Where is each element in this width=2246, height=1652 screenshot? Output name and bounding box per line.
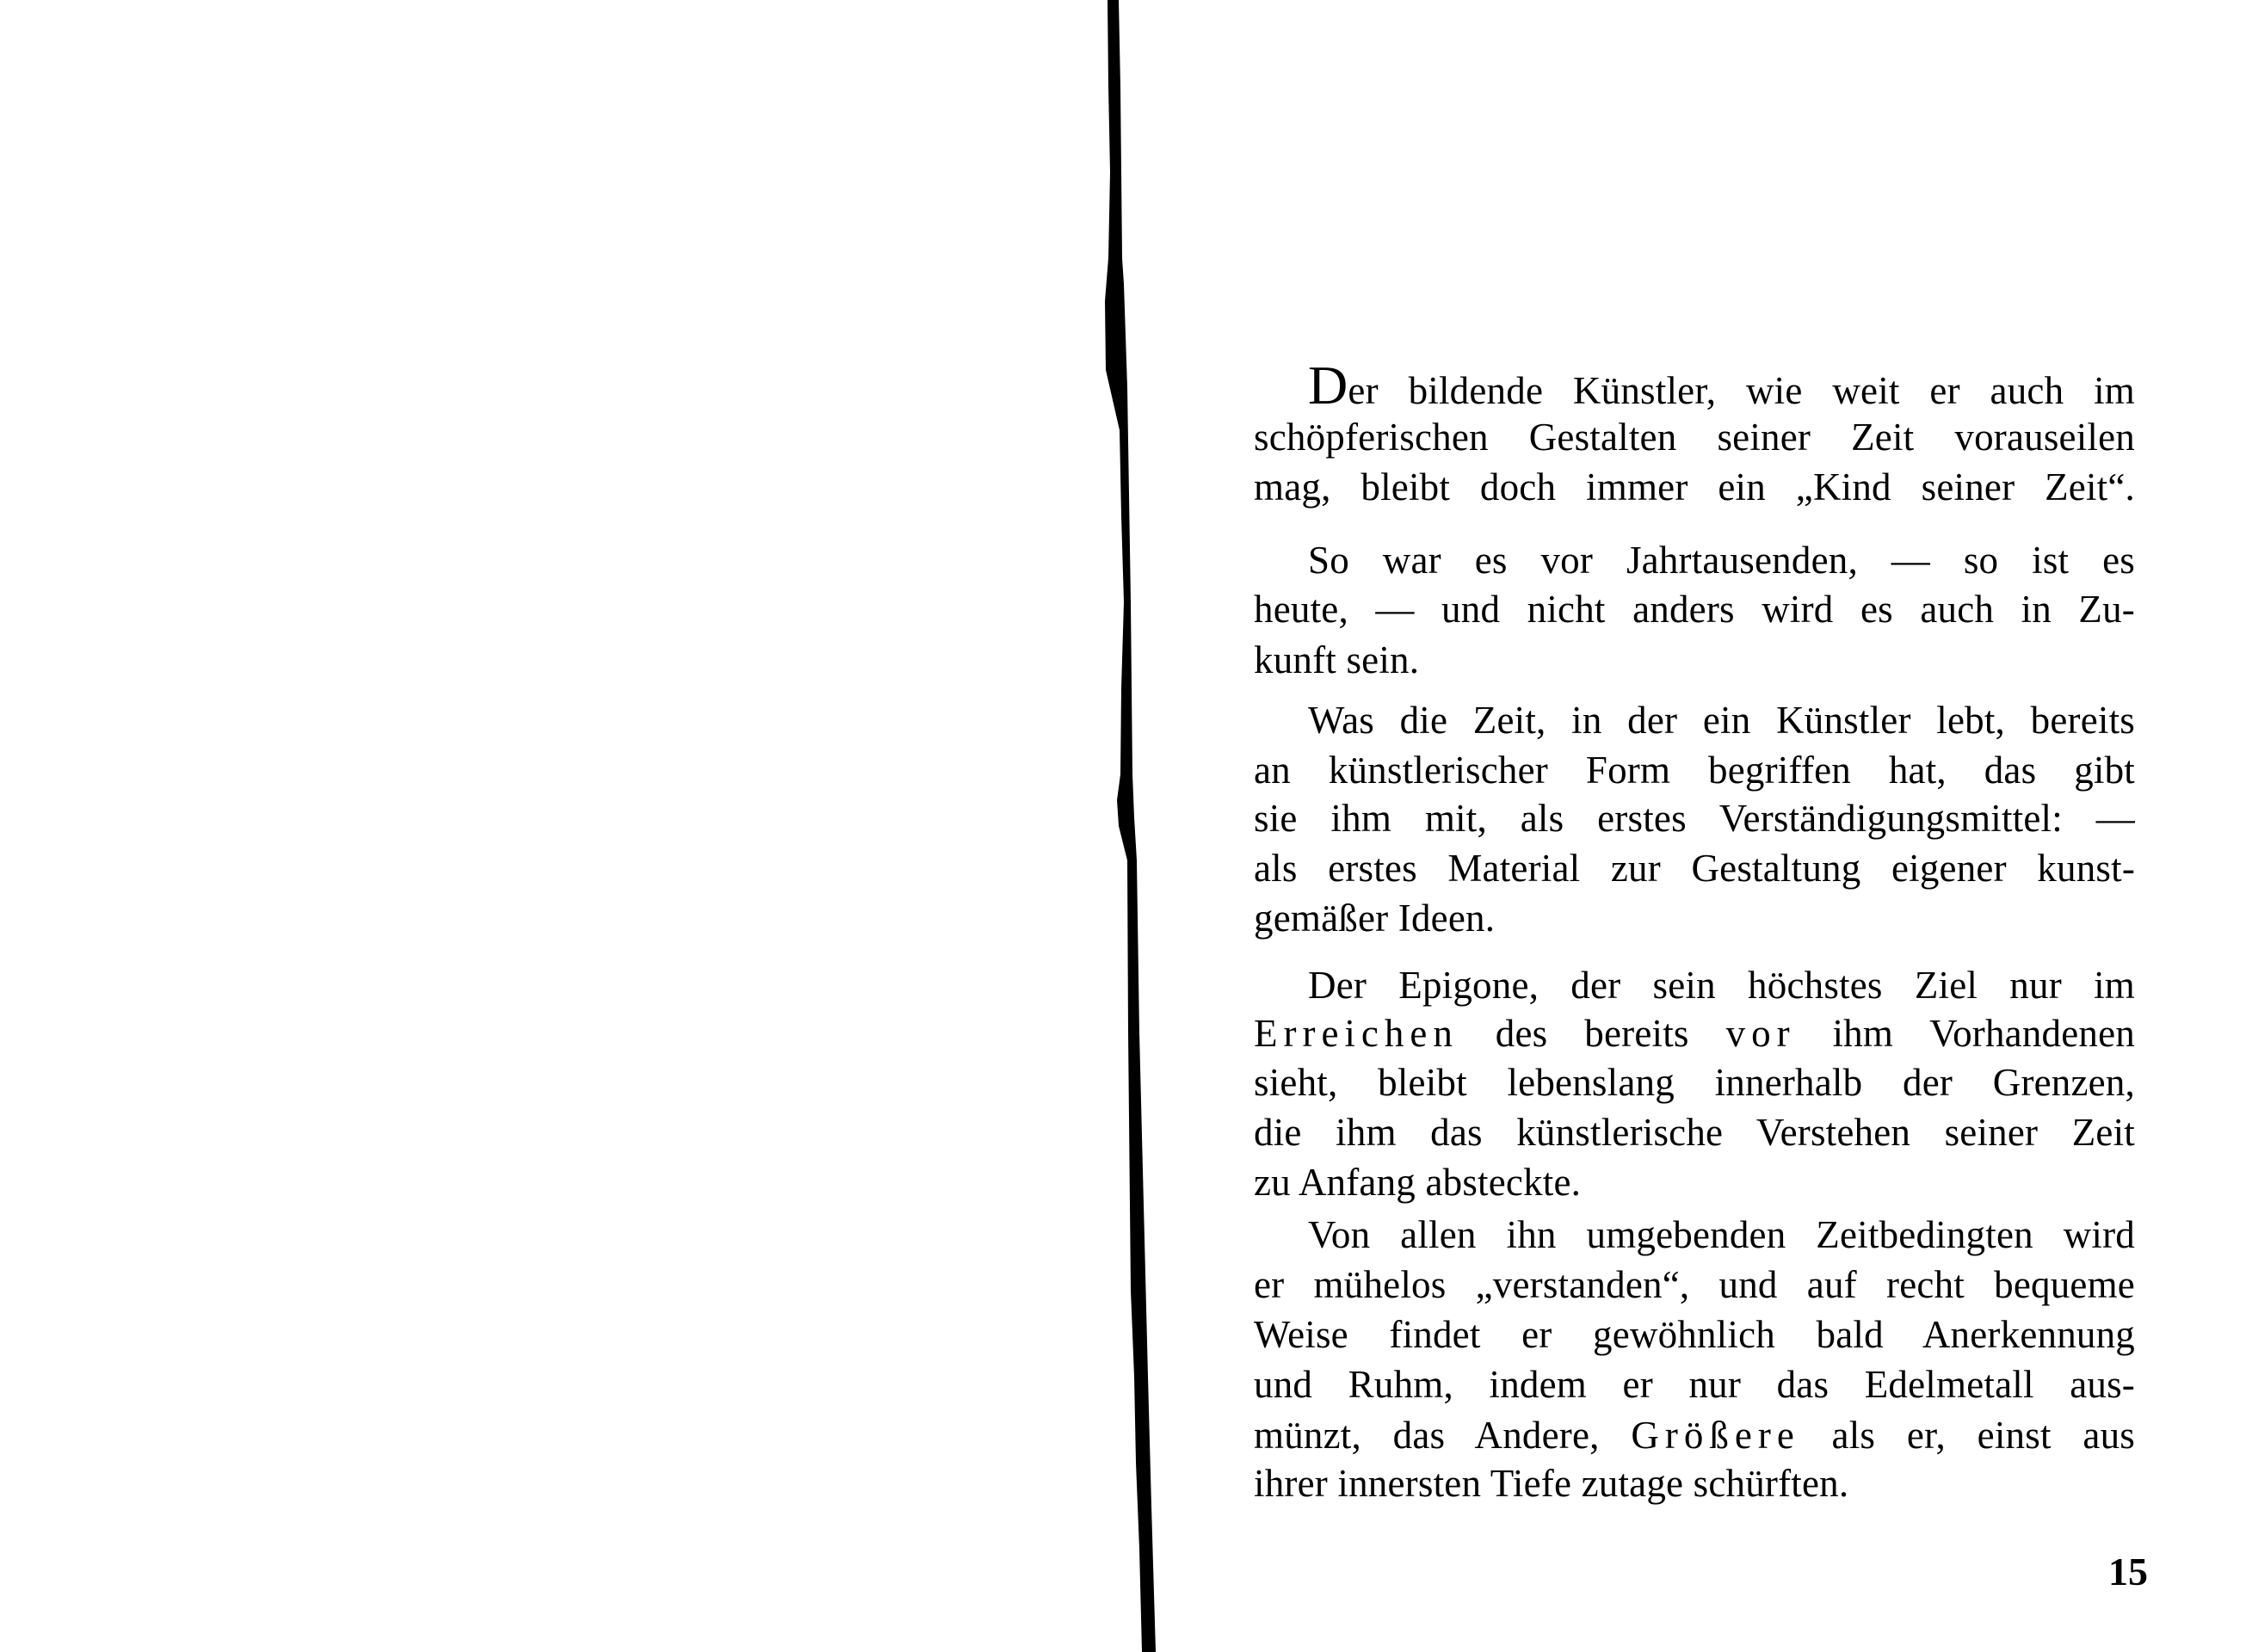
paragraph-5-line-2: er mühelos „verstanden“, und auf recht b… [1254,1260,2135,1310]
paragraph-3-line-2: an künstlerischer Form begriffen hat, da… [1254,745,2135,795]
paragraph-2-line-3: kunft sein. [1254,635,2135,685]
paragraph-5-line-5: münzt, das Andere, Größere als er, einst… [1254,1410,2135,1460]
paragraph-4-line-3: sieht, bleibt lebenslang innerhalb der G… [1254,1057,2135,1107]
paragraph-4-line-5: zu Anfang absteckte. [1254,1157,2135,1207]
paragraph-1-line-1: Der bildende Künstler, wie weit er auch … [1308,361,2135,410]
page-number: 15 [2108,1550,2148,1593]
text-segment: des bereits [1459,1012,1726,1055]
paragraph-1-line-2: schöpferischen Gestalten seiner Zeit vor… [1254,412,2135,462]
text-segment: ihm Vorhandenen [1796,1012,2135,1055]
paragraph-1-line-3: mag, bleibt doch immer ein „Kind seiner … [1254,462,2135,512]
paragraph-2-line-2: heute, — und nicht anders wird es auch i… [1254,584,2135,634]
left-page-blank [0,0,1110,1652]
paragraph-3-line-1: Was die Zeit, in der ein Künstler lebt, … [1308,695,2135,745]
text-segment: münzt, das Andere, [1254,1414,1631,1457]
paragraph-3-line-5: gemäßer Ideen. [1254,893,2135,943]
paragraph-4-line-1: Der Epigone, der sein höchstes Ziel nur … [1308,960,2135,1010]
paragraph-5-line-4: und Ruhm, indem er nur das Edelmetall au… [1254,1359,2135,1409]
book-spread: Der bildende Künstler, wie weit er auch … [0,0,2246,1652]
text-line: er bildende Künstler, wie weit er auch i… [1348,369,2135,412]
emphasized-word: vor [1726,1012,1796,1055]
paragraph-5-line-1: Von allen ihn umgebenden Zeitbedingten w… [1308,1210,2135,1260]
paragraph-5-line-6: ihrer innersten Tiefe zutage schürften. [1254,1458,2135,1508]
paragraph-3-line-4: als erstes Material zur Gestaltung eigen… [1254,843,2135,893]
emphasized-word: Größere [1631,1414,1799,1457]
emphasized-word: Erreichen [1254,1012,1459,1055]
text-segment: als er, einst aus [1800,1414,2135,1457]
paragraph-4-line-2: Erreichen des bereits vor ihm Vorhandene… [1254,1008,2135,1058]
paragraph-2-line-1: So war es vor Jahrtausenden, — so ist es [1308,535,2135,585]
paragraph-3-line-3: sie ihm mit, als erstes Verständigungsmi… [1254,793,2135,843]
drop-initial: D [1308,354,1348,416]
paragraph-4-line-4: die ihm das künstlerische Verstehen sein… [1254,1107,2135,1157]
paragraph-5-line-3: Weise findet er gewöhnlich bald Anerkenn… [1254,1310,2135,1359]
